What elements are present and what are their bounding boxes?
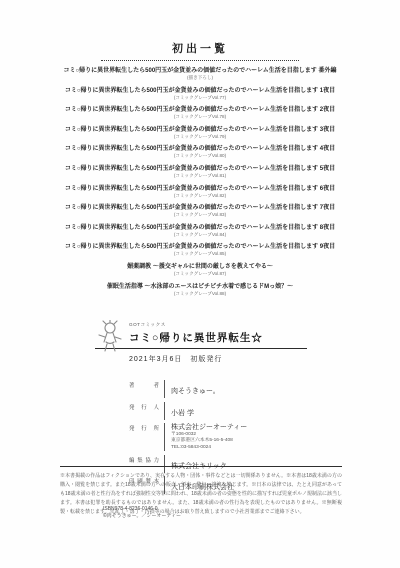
entry-source: (コミックグレープVol.78) bbox=[0, 114, 400, 120]
entry-source: (コミックグレープVol.79) bbox=[0, 134, 400, 140]
edition-date: 2021年3月6日 初版発行 bbox=[99, 354, 307, 364]
entry-title: 媚薬調教 ～援交ギャルに世間の厳しさを教えてやる～ bbox=[0, 263, 400, 271]
credit-value: 株式会社ジーオーティー bbox=[171, 423, 247, 432]
credit-row-publisher: 発行所 株式会社ジーオーティー 〒106-0032 東京都港区六本木5-16-5… bbox=[129, 423, 307, 451]
legal-divider bbox=[60, 466, 342, 467]
publication-entry: コミ○帰りに異世界転生したら500円玉が金貨並みの価値だったのでハーレム生活を目… bbox=[0, 106, 400, 120]
section-title: 初出一覧 bbox=[0, 40, 400, 56]
entry-title: コミ○帰りに異世界転生したら500円玉が金貨並みの価値だったのでハーレム生活を目… bbox=[0, 106, 400, 114]
title-underline bbox=[95, 348, 307, 349]
entry-title: コミ○帰りに異世界転生したら500円玉が金貨並みの価値だったのでハーレム生活を目… bbox=[0, 185, 400, 193]
publication-entry: コミ○帰りに異世界転生したら500円玉が金貨並みの価値だったのでハーレム生活を目… bbox=[0, 126, 400, 140]
dotted-divider bbox=[101, 60, 299, 61]
legal-disclaimer: ※本書掲載の作品はフィクションであり、実在する人物・団体・事件などとは一切関係あ… bbox=[60, 472, 342, 517]
entry-source: (コミックグレープVol.85) bbox=[0, 251, 400, 257]
colophon-header: GOTコミックス コミ○帰りに異世界転生☆ bbox=[99, 322, 307, 345]
credit-label: 発行所 bbox=[129, 423, 159, 451]
entry-source: (コミックグレープVol.82) bbox=[0, 193, 400, 199]
credit-row-publisher-person: 発行人 小岩 学 bbox=[129, 402, 307, 420]
entry-title: コミ○帰りに異世界転生したら500円玉が金貨並みの価値だったのでハーレム生活を目… bbox=[0, 126, 400, 134]
publication-entry: コミ○帰りに異世界転生したら500円玉が金貨並みの価値だったのでハーレム生活を目… bbox=[0, 67, 400, 81]
mascot-doodle-icon bbox=[97, 320, 123, 354]
entry-title: コミ○帰りに異世界転生したら500円玉が金貨並みの価値だったのでハーレム生活を目… bbox=[0, 87, 400, 95]
publication-entry: 催眠生活指導 ～水泳部のエースはピチピチ水着で感じるドMっ娘？～ (コミックグレ… bbox=[0, 283, 400, 297]
first-publication-section: 初出一覧 コミ○帰りに異世界転生したら500円玉が金貨並みの価値だったのでハーレ… bbox=[0, 40, 400, 302]
credit-label: 発行人 bbox=[129, 402, 159, 420]
entry-source: (コミックグレープVol.80) bbox=[0, 153, 400, 159]
legal-section: ※本書掲載の作品はフィクションであり、実在する人物・団体・事件などとは一切関係あ… bbox=[60, 466, 342, 517]
entry-source: (コミックグレープVol.83) bbox=[0, 212, 400, 218]
publication-entry: コミ○帰りに異世界転生したら500円玉が金貨並みの価値だったのでハーレム生活を目… bbox=[0, 185, 400, 199]
entry-title: コミ○帰りに異世界転生したら500円玉が金貨並みの価値だったのでハーレム生活を目… bbox=[0, 165, 400, 173]
publication-entry: コミ○帰りに異世界転生したら500円玉が金貨並みの価値だったのでハーレム生活を目… bbox=[0, 145, 400, 159]
credit-label: 著者 bbox=[129, 380, 159, 398]
entry-title: 催眠生活指導 ～水泳部のエースはピチピチ水着で感じるドMっ娘？～ bbox=[0, 283, 400, 291]
entry-title: コミ○帰りに異世界転生したら500円玉が金貨並みの価値だったのでハーレム生活を目… bbox=[0, 204, 400, 212]
credit-row-author: 著者 肉そうきゅー。 bbox=[129, 380, 307, 398]
entry-title: コミ○帰りに異世界転生したら500円玉が金貨並みの価値だったのでハーレム生活を目… bbox=[0, 224, 400, 232]
publisher-phone: TEL:03-5843-0024 bbox=[171, 445, 247, 451]
publication-entry: コミ○帰りに異世界転生したら500円玉が金貨並みの価値だったのでハーレム生活を目… bbox=[0, 243, 400, 257]
entry-title: コミ○帰りに異世界転生したら500円玉が金貨並みの価値だったのでハーレム生活を目… bbox=[0, 67, 400, 75]
publication-entry: コミ○帰りに異世界転生したら500円玉が金貨並みの価値だったのでハーレム生活を目… bbox=[0, 87, 400, 101]
credit-value: 肉そうきゅー。 bbox=[171, 388, 220, 395]
entry-source: (コミックグレープVol.88) bbox=[0, 291, 400, 297]
entry-source: (コミックグレープVol.77) bbox=[0, 95, 400, 101]
entry-source: (コミックグレープVol.84) bbox=[0, 232, 400, 238]
publication-entry: コミ○帰りに異世界転生したら500円玉が金貨並みの価値だったのでハーレム生活を目… bbox=[0, 204, 400, 218]
colophon-page: 初出一覧 コミ○帰りに異世界転生したら500円玉が金貨並みの価値だったのでハーレ… bbox=[0, 0, 400, 568]
publication-entry: コミ○帰りに異世界転生したら500円玉が金貨並みの価値だったのでハーレム生活を目… bbox=[0, 165, 400, 179]
entry-source: (コミックグレープVol.81) bbox=[0, 173, 400, 179]
publication-entry: コミ○帰りに異世界転生したら500円玉が金貨並みの価値だったのでハーレム生活を目… bbox=[0, 224, 400, 238]
publication-entry: 媚薬調教 ～援交ギャルに世間の厳しさを教えてやる～ (コミックグレープVol.8… bbox=[0, 263, 400, 277]
credit-value: 小岩 学 bbox=[171, 410, 194, 417]
book-title: コミ○帰りに異世界転生☆ bbox=[129, 330, 307, 345]
imprint-label: GOTコミックス bbox=[129, 322, 307, 328]
entry-source: (コミックグレープVol.87) bbox=[0, 271, 400, 277]
entry-source: (描き下ろし) bbox=[0, 75, 400, 81]
